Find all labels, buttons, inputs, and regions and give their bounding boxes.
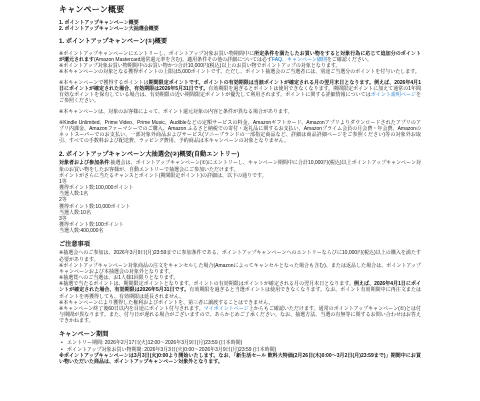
text-run: ※ポイントアップキャンペーン対象商品の注文をキャンセルした場合(Amazonによ… [59, 263, 421, 275]
bullet-item: •ポイントアップ対象お買い物期間: 2026年3月3日(火)0:00〜2026年… [59, 347, 421, 353]
paragraph: ※キャンペーン終了後60日以内を目途にポイント付与されます。マイポイントページ上… [59, 306, 421, 325]
section-heading: 1. ポイントアップキャンペーン(①)概要 [59, 38, 421, 46]
paragraph: ※ポイントアップキャンペーンは3月3日(火)0:00より開始いたします。なお、「… [59, 353, 421, 365]
toc-item: 2. ポイントアップキャンペーン大抽選会概要 [59, 26, 421, 32]
text-run: (Amazon Mastercard通常還元率を含む)。適用条件その他の詳細につ… [94, 57, 272, 63]
text-run: エントリー期間: 2026年2月17日(火)12:00〜2026年3月9日(月)… [67, 340, 242, 346]
text-run: 2等 [59, 197, 67, 203]
text-run: ポイントアップ対象お買い物期間: 2026年3月3日(火)0:00〜2026年3… [67, 347, 276, 353]
paragraph: ※本キャンペーンの対象となる獲得ポイントの上限は5,000ポイントです。ただし、… [59, 69, 421, 75]
text-run: 1等 [59, 179, 67, 185]
paragraph: ※本キャンペーンは、対象のお客様によって、ポイント還元対象の内容と条件が異なる場… [59, 109, 421, 115]
section-heading: ご注意事項 [59, 241, 421, 249]
text-link[interactable]: ポイント説明ページ [371, 92, 416, 98]
section-heading: キャンペーン期間 [59, 331, 421, 339]
text-run: ポイントがさらに当たるチャンスとポイント(期間限定ポイント)の詳細は、以下の通り… [59, 173, 267, 179]
text-run: :抽選会は、ポイントアップキャンペーン(①)にエントリーし、キャンペーン期間中に… [59, 160, 421, 172]
section-heading: 2. ポイントアップキャンペーン大抽選会(②)概要(自動エントリー) [59, 151, 421, 159]
campaign-terms-page: キャンペーン概要 1. ポイントアップキャンペーン概要2. ポイントアップキャン… [59, 0, 421, 365]
paragraph: ※本キャンペーンで獲得するポイントは期間限定ポイントです。ポイントの有効期限は当… [59, 80, 421, 105]
bold-text-run: ※ポイントアップキャンペーンは3月3日(火)0:00より開始いたします。なお、「… [59, 353, 421, 365]
text-run: 獲得ポイント数:10,000ポイント [59, 204, 131, 210]
bold-text-run: キャンペーン期間 [59, 331, 108, 338]
page-title: キャンペーン概要 [59, 4, 421, 15]
bold-text-run: 2. ポイントアップキャンペーン大抽選会概要 [59, 26, 159, 32]
text-run: 当選人数:400,000名 [59, 228, 103, 234]
text-run: 当選人数:10名 [59, 210, 91, 216]
paragraph: ※抽選会へのご参加は、2026年3月9日(月)23:59までに参加条件である、ポ… [59, 250, 421, 262]
text-run: をご確認ください。 [327, 57, 372, 63]
text-run: ※本キャンペーンの対象となる獲得ポイントの上限は5,000ポイントです。ただし、… [59, 69, 420, 75]
text-run: ※Kindle Unlimited、Prime Video、Prime Musi… [59, 120, 421, 145]
paragraph: ※ポイントアップキャンペーンにエントリーし、ポイントアップ対象お買い物期間中に所… [59, 51, 421, 63]
text-run: ※本キャンペーンは、対象のお客様によって、ポイント還元対象の内容と条件が異なる場… [59, 109, 293, 115]
paragraph: ※Kindle Unlimited、Prime Video、Prime Musi… [59, 120, 421, 145]
text-link[interactable]: FAQ、キャンペーン細則 [272, 57, 327, 63]
text-run: ※抽選会へのご参加は、2026年3月9日(月)23:59までに参加条件である、ポ… [59, 250, 421, 262]
paragraph: ※ポイントアップキャンペーン対象商品の注文をキャンセルした場合(Amazonによ… [59, 263, 421, 275]
text-run: ※本キャンペーンで獲得するポイントは [59, 80, 149, 86]
paragraph: ※抽選で当たるポイントは、期間限定ポイントとなります。ポイントの有効期限はポイン… [59, 281, 421, 300]
text-run: ※ポイントアップキャンペーンにエントリーし、ポイントアップ対象お買い物期間中に [59, 51, 254, 57]
paragraph: 当選人数:400,000名 [59, 228, 421, 234]
document-blocks: 1. ポイントアップキャンペーン概要2. ポイントアップキャンペーン大抽選会概要… [59, 20, 421, 365]
paragraph: 対象者および参加条件:抽選会は、ポイントアップキャンペーン(①)にエントリーし、… [59, 160, 421, 172]
text-run: ※本キャンペーンにより獲得した権利およびポイントを、第三者に譲渡することはできま… [59, 300, 273, 306]
bold-text-run: ご注意事項 [59, 241, 90, 248]
bold-text-run: 1. ポイントアップキャンペーン(①)概要 [59, 38, 167, 45]
bold-text-run: 対象者および参加条件 [59, 160, 109, 166]
bold-text-run: 2. ポイントアップキャンペーン大抽選会(②)概要(自動エントリー) [59, 151, 239, 158]
bullet-icon: • [61, 347, 63, 353]
